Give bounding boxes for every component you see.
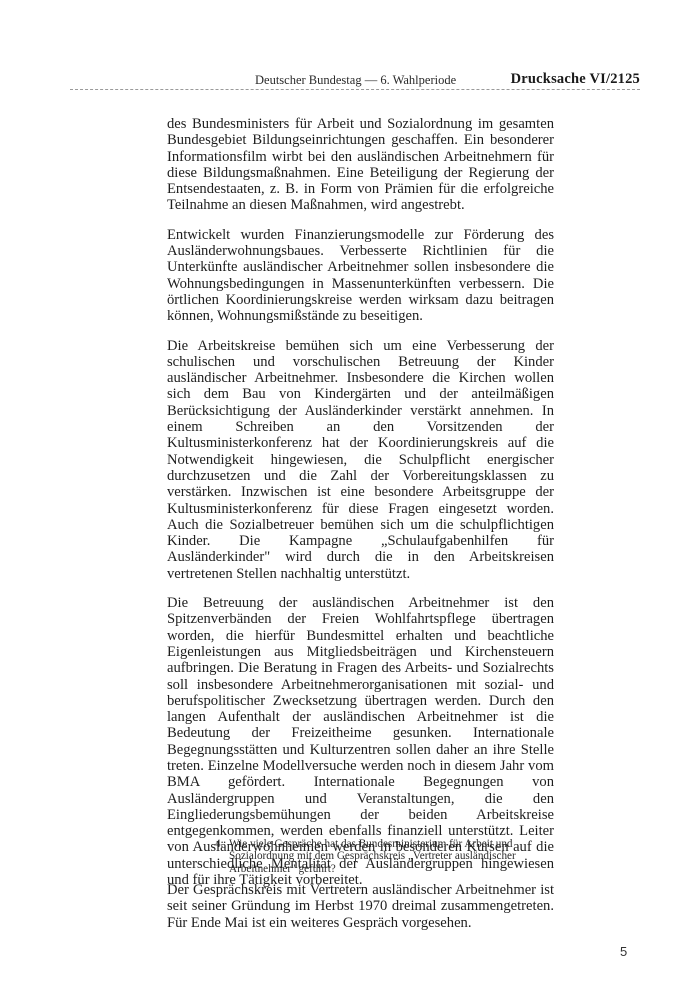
header-publication: Deutscher Bundestag — 6. Wahlperiode [255, 73, 456, 88]
answer-paragraph: Der Gesprächskreis mit Vertretern auslän… [167, 882, 554, 931]
body-text: des Bundesministers für Arbeit und Sozia… [167, 116, 554, 901]
paragraph-housing: Entwickelt wurden Finanzierungsmodelle z… [167, 227, 554, 325]
question-text: Wie viele Gespräche hat das Bundesminist… [229, 838, 535, 875]
question-block: 4. Wie viele Gespräche hat das Bundesmin… [215, 838, 535, 875]
header-document-number: Drucksache VI/2125 [511, 71, 640, 88]
page-number: 5 [620, 944, 627, 959]
paragraph-schooling: Die Arbeitskreise bemühen sich um eine V… [167, 338, 554, 582]
paragraph-education: des Bundesministers für Arbeit und Sozia… [167, 116, 554, 214]
header-divider [70, 89, 640, 90]
page-header: Deutscher Bundestag — 6. Wahlperiode Dru… [70, 70, 640, 92]
question-number: 4. [215, 838, 223, 850]
